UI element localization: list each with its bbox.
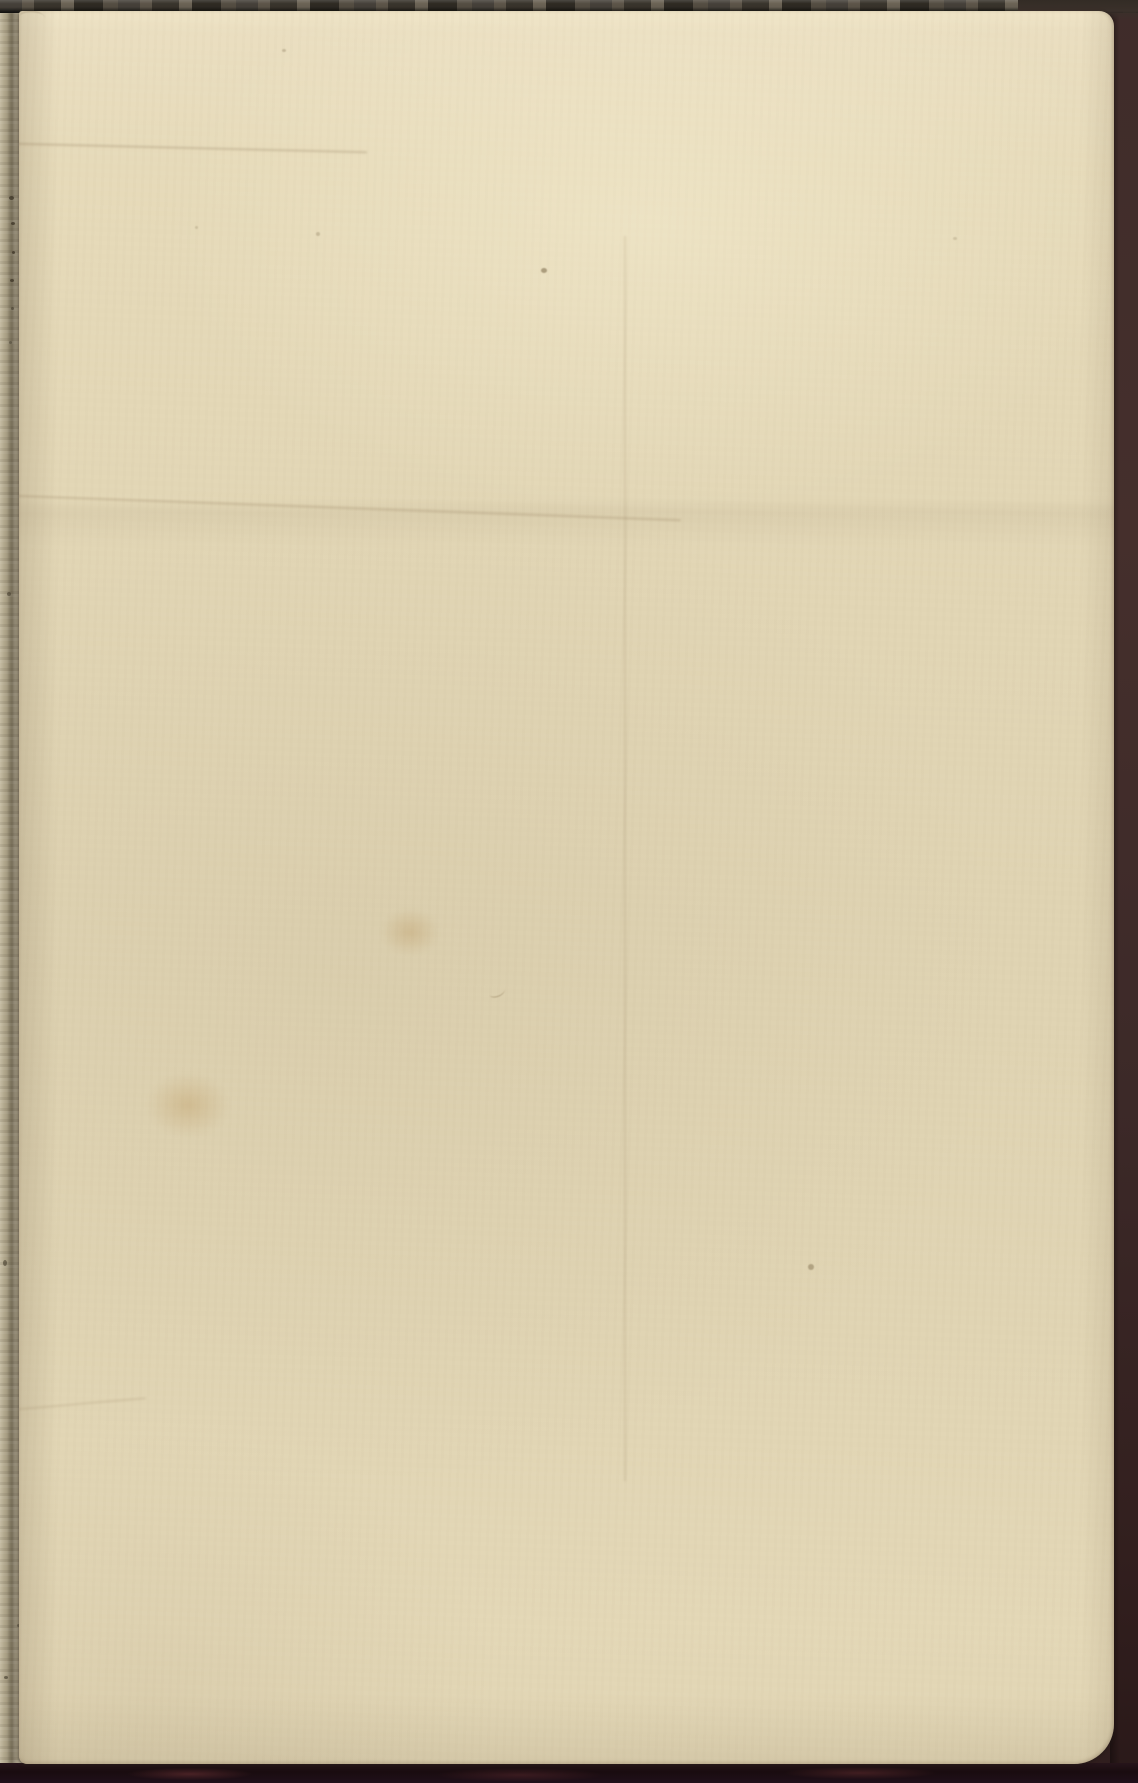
- book-cover-right-edge: [1110, 0, 1138, 1783]
- paper-speck: [953, 237, 957, 240]
- gutter-speck: [4, 1676, 8, 1679]
- gutter-speck: [11, 307, 14, 310]
- book-cover-bottom-edge: [0, 1763, 1138, 1783]
- paper-stain: [147, 1073, 229, 1137]
- gutter-speck: [3, 1260, 7, 1266]
- paper-crease: [19, 495, 681, 521]
- paper-stain: [381, 909, 439, 955]
- gutter-speck: [11, 222, 15, 225]
- gutter-speck: [9, 341, 12, 344]
- paper-speck: [282, 49, 286, 52]
- gutter-speck: [9, 196, 14, 200]
- paper-crease: [19, 1397, 146, 1411]
- paper-crease: [19, 11, 45, 24]
- gutter-speck: [12, 251, 15, 254]
- paper-speck: [541, 268, 547, 273]
- paper-crease: [19, 143, 367, 154]
- paper-speck: [316, 232, 320, 236]
- book-scan: [0, 0, 1138, 1783]
- blank-page: [19, 11, 1114, 1764]
- paper-speck: [808, 1264, 814, 1270]
- paper-crease: [624, 236, 626, 1481]
- gutter-speck: [10, 279, 14, 282]
- gutter-speck: [7, 592, 11, 596]
- paper-fiber-mark: [488, 985, 506, 999]
- paper-speck: [195, 226, 198, 229]
